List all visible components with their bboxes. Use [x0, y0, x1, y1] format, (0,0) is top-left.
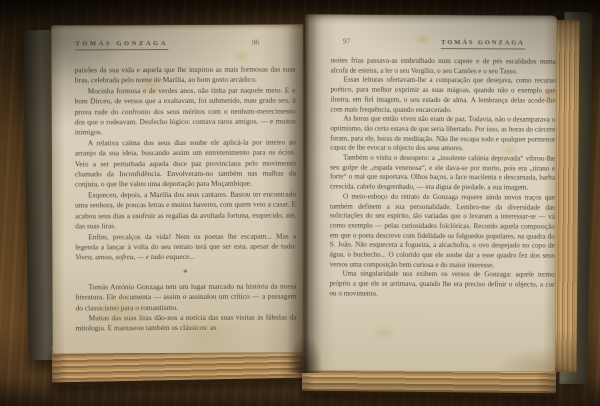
paragraph: Essas leituras ofertavam-lhe a comparaçã… — [330, 76, 555, 116]
paragraph: noites frias passava-as embrulhado num c… — [331, 56, 556, 77]
paragraph: Esqueceu, depois, a Marília dos seus can… — [75, 189, 296, 232]
photo-of-open-book: TOMÁS GONZAGA 96 paixões da sua vida e a… — [0, 0, 600, 406]
running-title: TOMÁS GONZAGA — [441, 39, 525, 49]
paragraph: A relativa calma dos seus dias soube ele… — [75, 137, 296, 190]
right-page-text: noites frias passava-as embrulhado num c… — [329, 56, 555, 300]
paragraph-italic: Viveu, amou, sofreu, — e tudo esquece... — [75, 252, 194, 262]
page-number: 96 — [252, 38, 260, 47]
paragraph: Também o visita o desespero: a „insolent… — [330, 154, 555, 194]
left-page-text: paixões da sua vida e aquela que lhe ins… — [74, 64, 296, 334]
paragraph: O meio-esboço do retrato de Gonzaga requ… — [330, 192, 555, 271]
section-break: * — [75, 267, 296, 278]
paragraph: As horas que então viveu não eram de paz… — [330, 115, 555, 155]
paragraph: Muitas das suas liras dão-nos a notícia … — [76, 312, 297, 334]
right-page-header: 97 TOMÁS GONZAGA — [343, 37, 525, 49]
paragraph: Enfim, precalços da vida! Nem os poetas … — [75, 231, 296, 263]
page-number: 97 — [343, 37, 351, 46]
paragraph: Tomás António Gonzaga tem um lugar marca… — [75, 281, 296, 313]
paragraph: Uma singularidade nos exibem os versos d… — [329, 270, 554, 300]
paragraph: paixões da sua vida e aquela que lhe ins… — [74, 64, 295, 86]
paragraph: Mocinha formosa e de verdes anos, não ti… — [75, 85, 296, 138]
left-page: TOMÁS GONZAGA 96 paixões da sua vida e a… — [51, 24, 304, 353]
right-page: 97 TOMÁS GONZAGA noites frias passava-as… — [303, 14, 557, 371]
paragraph-lead: Enfim, precalços da vida! Nem os poetas … — [75, 231, 296, 251]
running-title: TOMÁS GONZAGA — [75, 40, 168, 50]
left-page-header: TOMÁS GONZAGA 96 — [75, 38, 259, 50]
